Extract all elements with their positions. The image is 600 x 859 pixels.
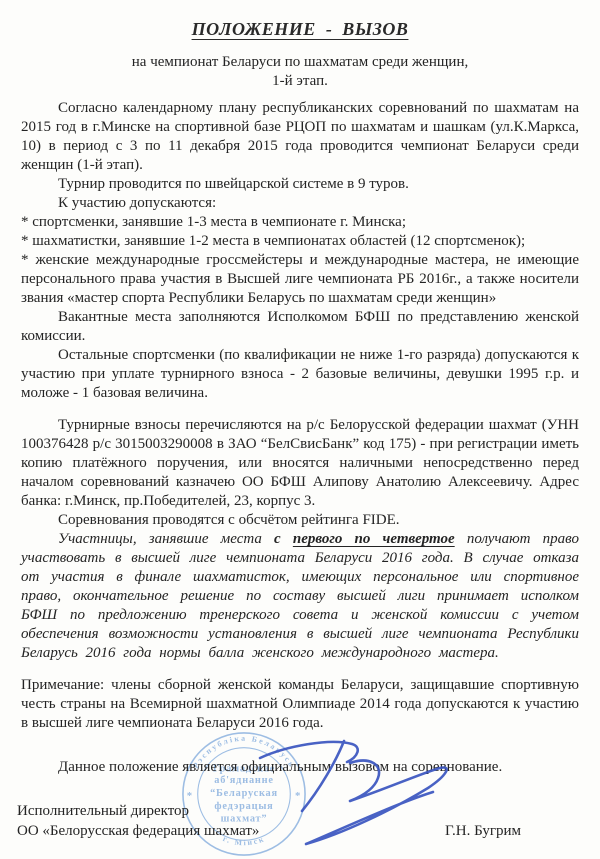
subtitle-line-1: на чемпионат Беларуси по шахматам среди … [21, 53, 579, 72]
qualification-bold-prefix: с [274, 531, 293, 547]
signature-role-line: Исполнительный директор [17, 801, 259, 821]
signature-scrawl-icon [238, 724, 456, 854]
signature-role-block: Исполнительный директор ОО «Белорусская … [17, 801, 259, 841]
para-intro: Согласно календарному плану республиканс… [21, 99, 579, 175]
para-fide-rating: Соревнования проводятся с обсчётом рейти… [21, 511, 579, 530]
para-vacant-places: Вакантные места заполняются Исполкомом Б… [21, 308, 579, 346]
qualification-emphasized: первого по четвертое [293, 531, 455, 547]
document-subtitle: на чемпионат Беларуси по шахматам среди … [21, 53, 579, 91]
eligibility-item-3: * женские международные гроссмейстеры и … [21, 251, 579, 308]
signature-org-line: ОО «Белорусская федерация шахмат» [17, 821, 259, 841]
document-page: ПОЛОЖЕНИЕ - ВЫЗОВ на чемпионат Беларуси … [0, 0, 600, 859]
para-qualification: Участницы, занявшие места с первого по ч… [21, 530, 579, 663]
para-other-athletes: Остальные спортсменки (по квалификации н… [21, 346, 579, 403]
signature-name: Г.Н. Бугрим [445, 821, 521, 841]
para-fees: Турнирные взносы перечисляются на р/с Бе… [21, 416, 579, 511]
qualification-text-after: получают право участвовать в высшей лиге… [21, 531, 579, 661]
subtitle-line-2: 1-й этап. [21, 72, 579, 91]
document-content: ПОЛОЖЕНИЕ - ВЫЗОВ на чемпионат Беларуси … [0, 0, 600, 841]
para-tournament-system: Турнир проводится по швейцарской системе… [21, 175, 579, 194]
handwritten-signature [238, 724, 456, 854]
eligibility-item-1: * спортсменки, занявшие 1-3 места в чемп… [21, 213, 579, 232]
eligibility-item-2: * шахматистки, занявшие 1-2 места в чемп… [21, 232, 579, 251]
document-title: ПОЛОЖЕНИЕ - ВЫЗОВ [21, 20, 579, 39]
qualification-text-before: Участницы, занявшие места [58, 531, 274, 547]
para-eligibility-header: К участию допускаются: [21, 194, 579, 213]
